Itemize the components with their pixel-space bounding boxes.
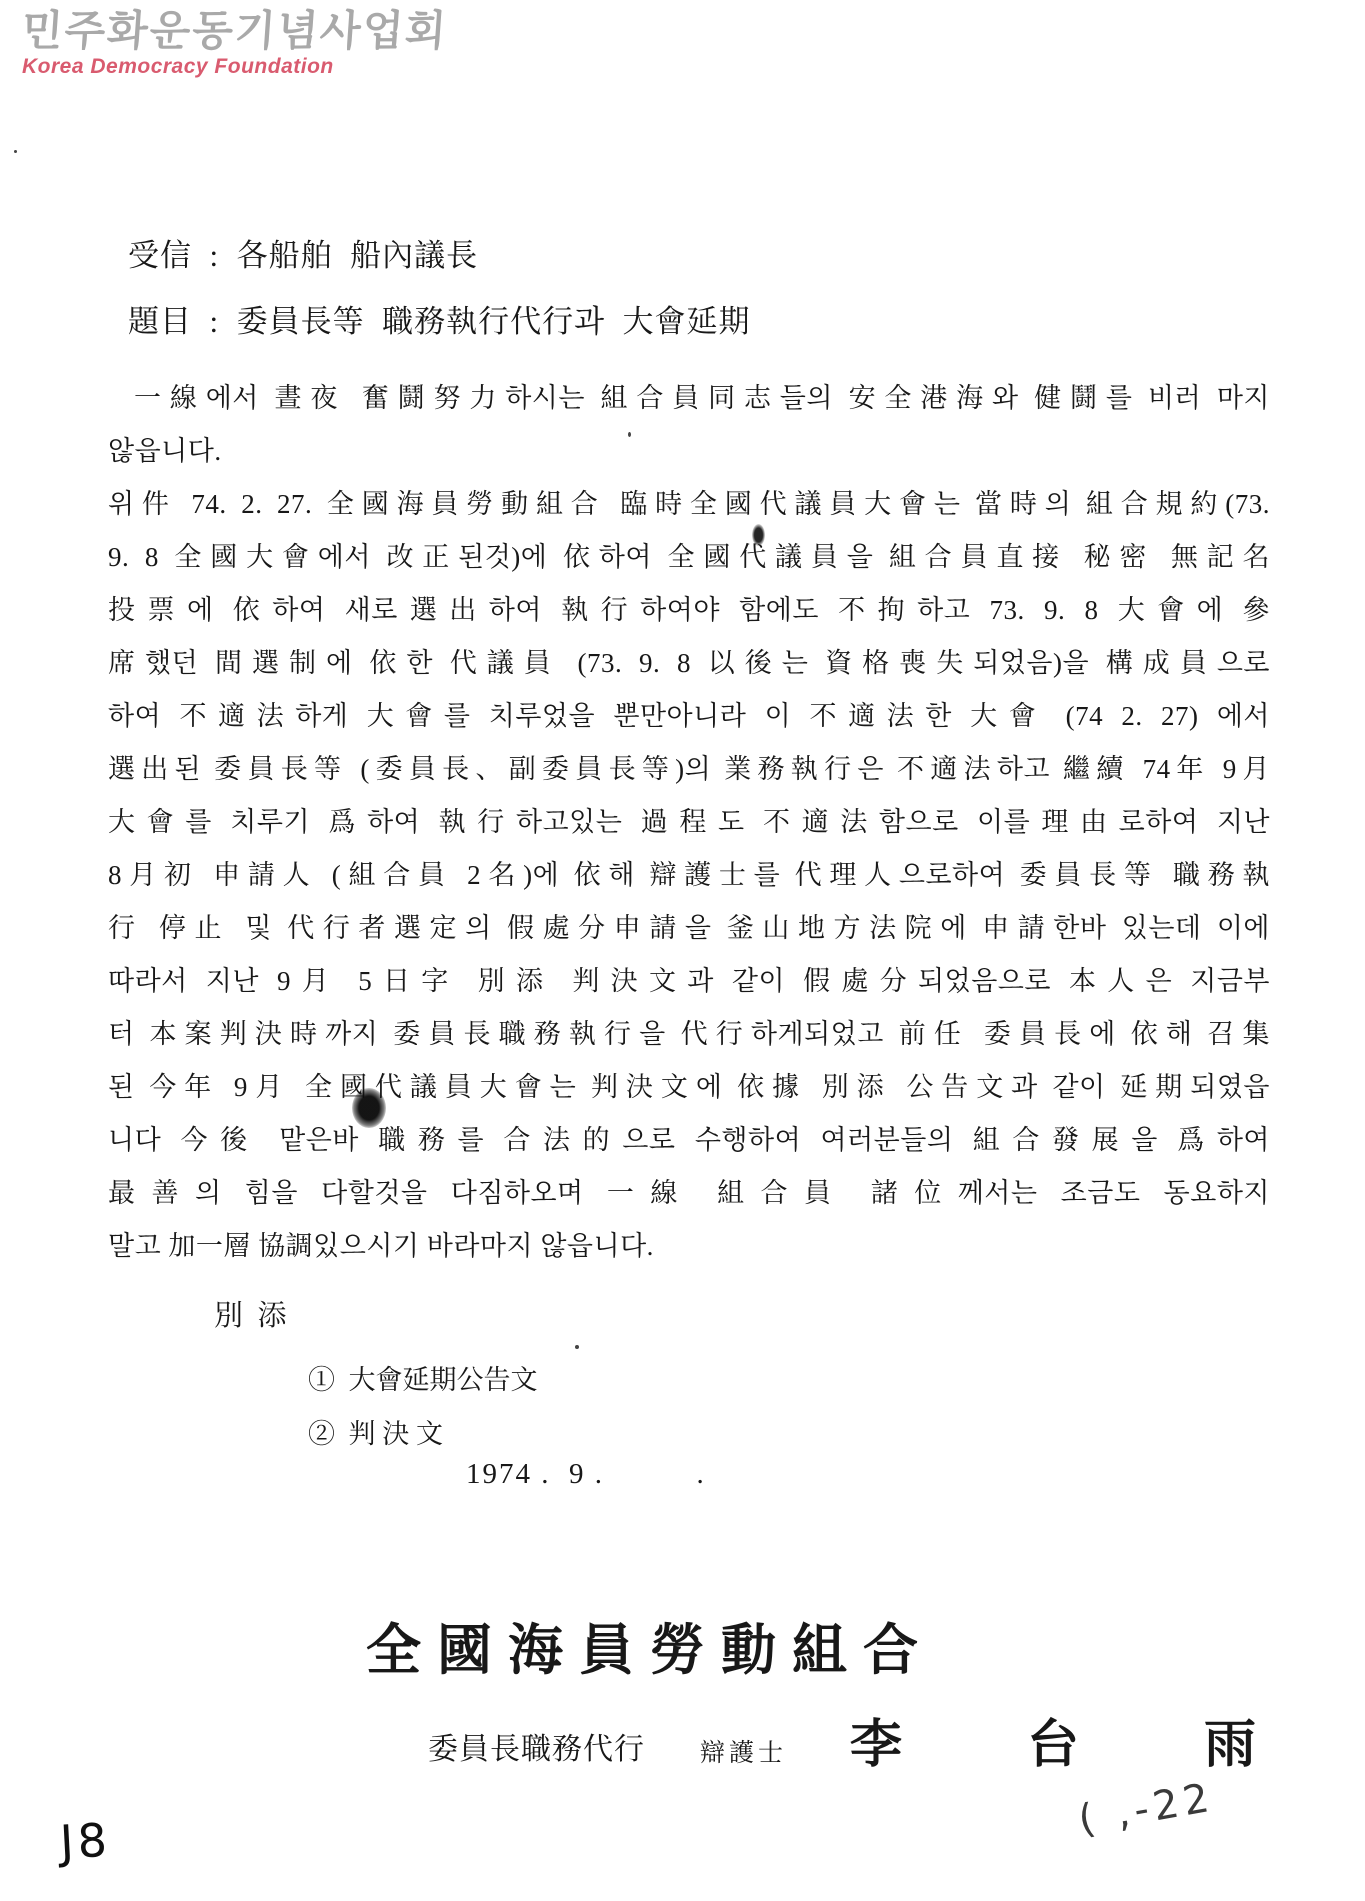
document-date: 1974 . 9 . .	[466, 1458, 706, 1491]
body-line: 選出된 委員長等 (委員長、副委員長等)의 業務執行은 不適法하고 繼續 74年…	[108, 743, 1270, 796]
attachment-item-1: ① 大會延期公告文	[308, 1358, 538, 1397]
recipient-line: 受信 : 各船舶 船內議長	[128, 230, 478, 275]
body-line: 一線에서 晝夜 奮鬪努力하시는 組合員同志들의 安全港海와 健鬪를 비러 마지	[108, 372, 1270, 425]
body-line: 하여 不適法하게 大會를 치루었을 뿐만아니라 이 不適法한 大會 (74 2.…	[108, 690, 1270, 743]
ink-blot-overstrike	[352, 1088, 386, 1128]
body-line: 따라서 지난 9月 5日字 別添 判決文과 같이 假處分되었음으로 本人은 지금…	[108, 955, 1270, 1008]
attachment-item-2: ② 判 決 文	[308, 1412, 443, 1451]
body-line: 터 本案判決時까지 委員長職務執行을 代行하게되었고 前任 委員長에 依해 召集	[108, 1008, 1270, 1061]
logo-english-name: Korea Democracy Foundation	[22, 55, 448, 79]
body-line: 投票에 依하여 새로選出하여 執行하여야 함에도 不拘하고 73. 9. 8 大…	[108, 584, 1270, 637]
body-line: 大會를 치루기 爲하여 執行하고있는 過程도 不適法함으로 이를理由로하여 지난	[108, 796, 1270, 849]
signer-role: 委員長職務代行	[428, 1724, 645, 1768]
scanned-document-page: 민주화운동기념사업회 Korea Democracy Foundation 受信…	[0, 0, 1365, 1901]
body-line: 니다 今後 맡은바 職務를 合法的으로 수행하여 여러분들의 組合發展을 爲하여	[108, 1114, 1270, 1167]
signer-title: 辯護士	[700, 1733, 787, 1769]
body-line: 된 今年 9月 全國代議員大會는 判決文에 依據 別添 公告文과 같이 延期되였…	[108, 1061, 1270, 1114]
logo-korean-calligraphy: 민주화운동기념사업회	[20, 8, 449, 54]
signer-name: 李 台 雨	[850, 1702, 1256, 1777]
scan-speckle	[628, 432, 631, 437]
body-line: 않읍니다.	[108, 425, 1270, 478]
body-line: 9. 8 全國大會에서 改正된것)에 依하여 全國代議員을 組合員直接 秘密 無…	[108, 531, 1270, 584]
scan-speckle	[14, 150, 17, 153]
body-line: 行 停止 및 代行者選定의 假處分申請을 釜山地方法院에 申請한바 있는데 이에	[108, 902, 1270, 955]
korea-democracy-foundation-logo: 민주화운동기념사업회 Korea Democracy Foundation	[22, 8, 448, 79]
body-line: 席했던 間選制에 依한 代議員 (73. 9. 8 以後는 資格喪失되었음)을 …	[108, 637, 1270, 690]
body-line: 말고 加一層 協調있으시기 바라마지 않읍니다.	[108, 1220, 1270, 1273]
body-line: 위件 74. 2. 27. 全國海員勞動組合 臨時全國代議員大會는 當時의 組合…	[108, 478, 1270, 531]
subject-line: 題目 : 委員長等 職務執行代行과 大會延期	[128, 296, 751, 341]
organization-name: 全國海員勞動組合	[366, 1606, 934, 1685]
scan-speckle	[575, 1345, 579, 1349]
handwritten-mark-bottom-left: J8	[59, 1813, 113, 1870]
body-line: 最善의 힘을 다할것을 다짐하오며 一線 組合員 諸位께서는 조금도 동요하지	[108, 1167, 1270, 1220]
attachments-label: 別 添	[214, 1293, 287, 1334]
ink-dot-artifact	[752, 524, 765, 546]
body-line: 8月初 申請人 (組合員 2名)에 依해 辯護士를 代理人으로하여 委員長等 職…	[108, 849, 1270, 902]
document-body: 一線에서 晝夜 奮鬪努力하시는 組合員同志들의 安全港海와 健鬪를 비러 마지 …	[108, 372, 1270, 1273]
handwritten-mark-bottom-right: ( ,-22	[1075, 1775, 1217, 1844]
